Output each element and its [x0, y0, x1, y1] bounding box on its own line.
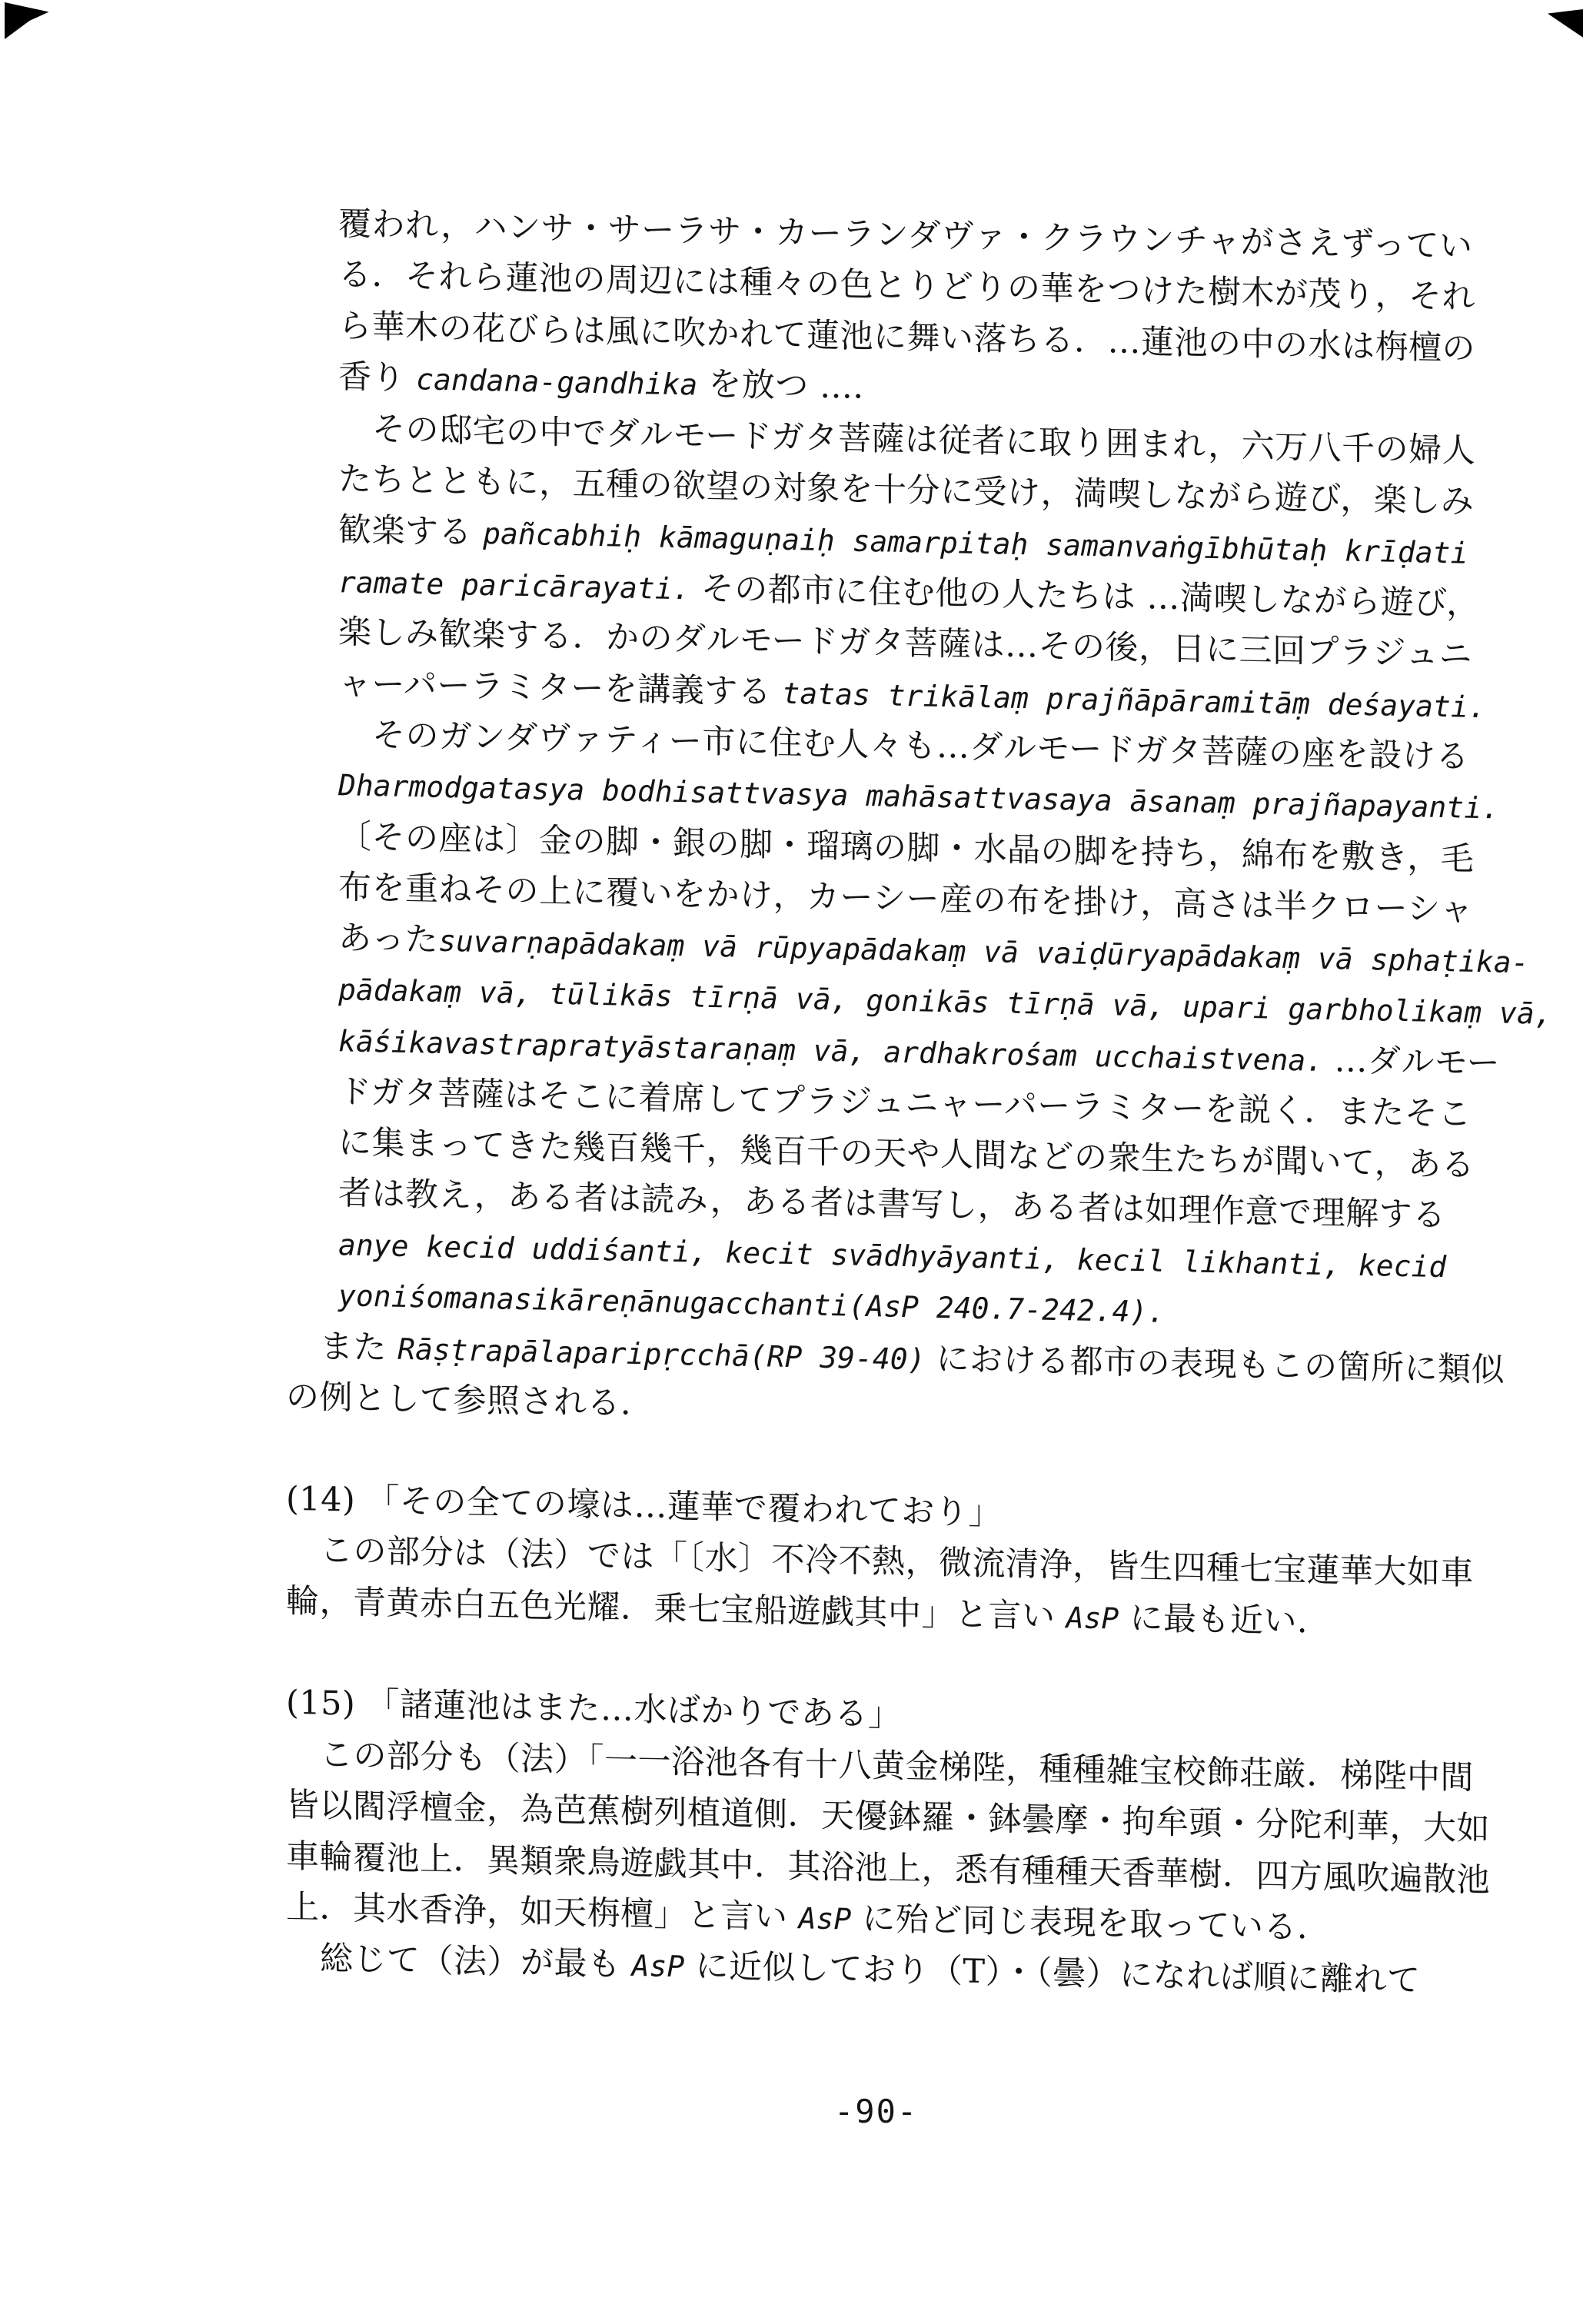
sanskrit-text: Rāṣṭrapālaparipṛcchā(RP 39-40): [397, 1332, 925, 1376]
sanskrit-text: yoniśomanasikāreṇānugacchanti(AsP 240.7-…: [338, 1278, 1165, 1329]
japanese-text: 上．其水香浄，如天栴檀」と言い: [286, 1888, 799, 1937]
japanese-text: に最も近い．: [1119, 1598, 1330, 1641]
sanskrit-text: AsP: [1066, 1601, 1119, 1635]
sanskrit-text: tatas trikālaṃ prajñāpāramitāṃ deśayati.: [783, 676, 1486, 723]
japanese-text: の例として参照される．: [286, 1378, 654, 1424]
japanese-text: における都市の表現もこの箇所に類似: [926, 1339, 1505, 1389]
japanese-text: (15) 「諸蓮池はまた…水ばかりである」: [286, 1684, 901, 1734]
japanese-text: 輪，青黄赤白五色光耀．乗七宝船遊戯其中」と言い: [286, 1581, 1066, 1635]
japanese-text: 総じて（法）が最も: [320, 1940, 632, 1984]
japanese-text: 歓楽する: [338, 511, 483, 553]
scan-corner-mark-top-right-icon: [1548, 9, 1583, 40]
japanese-text: その都市に住む他の人たちは …満喫しながら遊び，: [690, 569, 1480, 623]
text-body: 覆われ，ハンサ・サーラサ・カーランダヴァ・クラウンチャがさえずっている．それら蓮…: [0, 191, 1583, 2010]
sanskrit-text: AsP: [632, 1949, 685, 1983]
japanese-text: に近似しており（T）・（曇）になれば順に離れて: [684, 1947, 1420, 2000]
sanskrit-text: ramate paricārayati.: [338, 565, 690, 606]
japanese-text: (14) 「その全ての壕は…蓮華で覆われており」: [286, 1480, 1002, 1533]
japanese-text: …ダルモー: [1323, 1041, 1500, 1083]
sanskrit-text: candana-gandhika: [416, 362, 697, 401]
page-number: -90-: [834, 2093, 918, 2130]
japanese-text: また: [320, 1327, 397, 1367]
sanskrit-text: AsP: [799, 1901, 852, 1936]
scanned-document-page: 覆われ，ハンサ・サーラサ・カーランダヴァ・クラウンチャがさえずっている．それら蓮…: [0, 0, 1583, 2324]
japanese-text: あった: [338, 919, 438, 960]
japanese-text: を放つ …．: [697, 365, 886, 407]
japanese-text: ャーパーラミターを講義する: [338, 664, 783, 712]
scan-corner-mark-top-left-icon: [5, 2, 51, 39]
japanese-text: 香り: [338, 357, 416, 397]
japanese-text: に殆ど同じ表現を取っている．: [851, 1899, 1330, 1947]
